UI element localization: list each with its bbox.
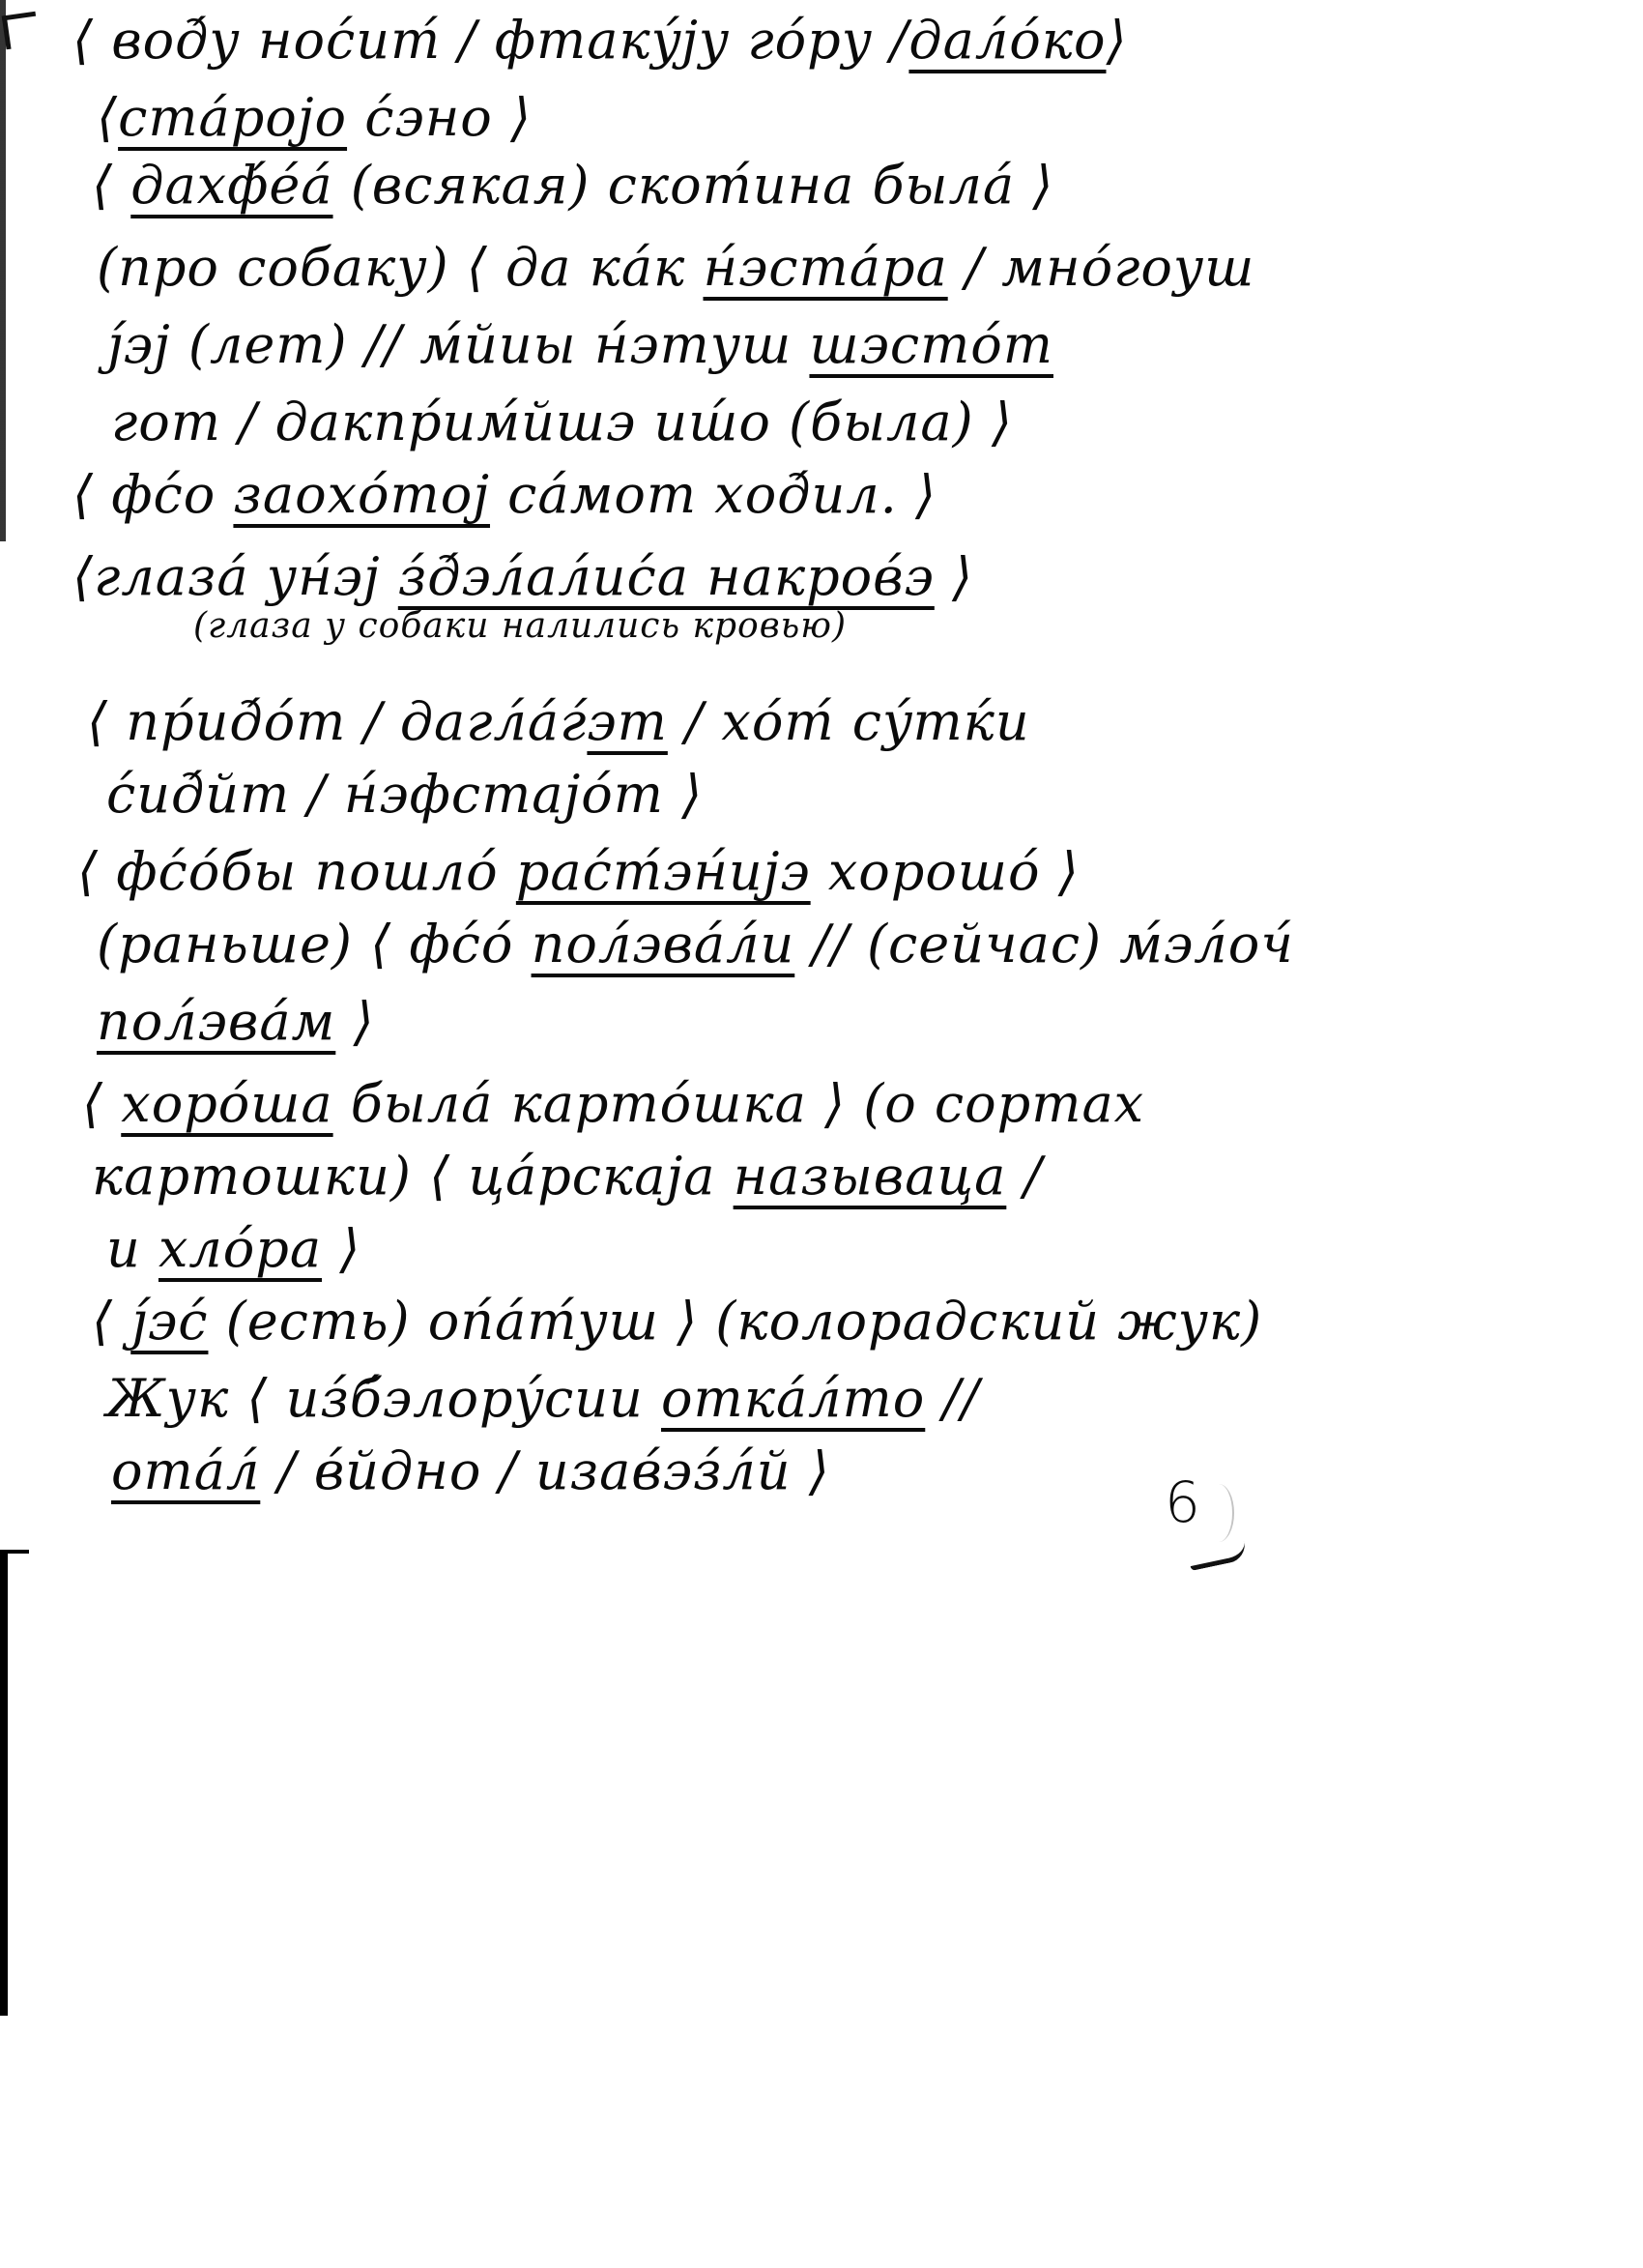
underlined-word: дахф́éá <box>130 155 332 216</box>
underlined-word: н́эстáра <box>703 237 947 298</box>
handwritten-line: пол́эвáм ⟩ <box>97 996 375 1048</box>
underlined-word: хорóша <box>121 1073 332 1134</box>
text-segment: (есть) оп́áт́уш ⟩ (колорадский жук) <box>208 1291 1262 1352</box>
handwritten-line: ⟨ вод́у нос́ит́ / фтакýју гóру /дал́óко⟩ <box>72 15 1128 67</box>
handwritten-line: картошки) ⟨ цáрскаја называца / <box>92 1150 1043 1203</box>
document-page: ⟨ вод́у нос́ит́ / фтакýју гóру /дал́óко⟩… <box>0 0 1643 2268</box>
text-segment: ⟨глазá ун́эј <box>72 546 398 607</box>
handwritten-line: ⟨стáројо с́эно ⟩ <box>97 92 532 144</box>
text-segment: ⟩ <box>335 991 374 1052</box>
underlined-word: шэстóт <box>809 314 1053 375</box>
text-segment: с́ид́йт / н́эфстајóт ⟩ <box>106 764 703 825</box>
text-segment: картошки) ⟨ цáрскаја <box>92 1146 734 1207</box>
underlined-word: дал́óко <box>908 10 1106 71</box>
handwritten-line: с́ид́йт / н́эфстајóт ⟩ <box>106 769 703 821</box>
handwritten-line: (раньше) ⟨ фс́ó пол́эвáл́и // (сейчас) м… <box>97 918 1294 971</box>
page-number: 6 <box>1165 1469 1200 1535</box>
text-segment: былá картóшка ⟩ (о сортах <box>333 1073 1144 1134</box>
text-segment: ⟩ <box>1107 10 1128 71</box>
text-segment: / <box>1006 1146 1042 1207</box>
text-segment: ⟨ пр́ид́óт / дагл́áѓ <box>87 691 587 752</box>
handwritten-line: ⟨ фс́о заохóтој сáмот ход́ил. ⟩ <box>72 469 937 521</box>
text-segment: // (сейчас) м́эл́оч́ <box>794 914 1294 974</box>
scan-edge-shadow <box>0 0 14 541</box>
text-segment: (глаза у собаки налились кровью) <box>193 606 847 646</box>
underlined-word: пол́эвáл́и <box>532 914 795 974</box>
scan-edge-bar <box>0 1552 8 2016</box>
text-segment: ј́эј (лет) // м́йиы н́этуш <box>106 314 809 375</box>
handwritten-line: ⟨глазá ун́эј з́д́эл́ал́ис́а накров́э ⟩ <box>72 551 973 603</box>
underlined-word: ј́эс́ <box>130 1291 208 1352</box>
underlined-word: пол́эвáм <box>97 991 335 1052</box>
text-segment: / хóт́ сýтќи <box>668 691 1030 752</box>
text-segment: ⟨ фс́о <box>72 464 233 525</box>
text-segment: ⟨ <box>82 1073 121 1134</box>
text-segment: (всякая) скот́ина былá ⟩ <box>333 155 1054 216</box>
text-segment: с́эно ⟩ <box>347 87 532 148</box>
handwritten-line: отáл́ / в́йдно / изав́эз́л́й ⟩ <box>111 1445 830 1497</box>
handwritten-line: ⟨ фс́óбы пошлó рас́т́эн́ијэ хорошó ⟩ <box>77 846 1080 898</box>
text-segment: / мнóгоуш <box>948 237 1255 298</box>
text-segment: ⟨ <box>92 155 130 216</box>
text-segment: // <box>925 1368 980 1429</box>
text-segment: (про собаку) ⟨ да кáк <box>97 237 703 298</box>
handwritten-line: ⟨ ј́эс́ (есть) оп́áт́уш ⟩ (колорадский ж… <box>92 1295 1262 1348</box>
handwritten-line: (глаза у собаки налились кровью) <box>193 609 847 644</box>
text-segment: Жук ⟨ из́б́элорýсии <box>106 1368 661 1429</box>
handwritten-line: гот / дакпр́им́йшэ иш́о (была) ⟩ <box>111 396 1013 449</box>
handwritten-line: ј́эј (лет) // м́йиы н́этуш шэстóт <box>106 319 1053 371</box>
pen-stroke-mark <box>1188 1541 1249 1571</box>
scan-edge-tick <box>0 1550 29 1554</box>
text-segment: ⟩ <box>322 1218 360 1279</box>
text-segment: ⟩ <box>935 546 973 607</box>
underlined-word: называца <box>734 1146 1007 1207</box>
underlined-word: стáројо <box>118 87 347 148</box>
underlined-word: рас́т́эн́ијэ <box>516 841 811 902</box>
corner-mark <box>2 12 41 50</box>
handwritten-line: и хлóра ⟩ <box>106 1223 360 1275</box>
text-segment: / в́йдно / изав́эз́л́й ⟩ <box>260 1440 830 1501</box>
handwritten-line: Жук ⟨ из́б́элорýсии откáл́то // <box>106 1373 980 1425</box>
text-segment: гот / дакпр́им́йшэ иш́о (была) ⟩ <box>111 392 1013 452</box>
underlined-word: з́д́эл́ал́ис́а накров́э <box>398 546 935 607</box>
handwritten-line: ⟨ пр́ид́óт / дагл́áѓэт / хóт́ сýтќи <box>87 696 1030 748</box>
underlined-word: отáл́ <box>111 1440 260 1501</box>
underlined-word: хлóра <box>159 1218 322 1279</box>
text-segment: хорошó ⟩ <box>811 841 1080 902</box>
text-segment: ⟨ <box>92 1291 130 1352</box>
text-segment: ⟨ фс́óбы пошлó <box>77 841 516 902</box>
underlined-word: эт <box>587 691 667 752</box>
underlined-word: заохóтој <box>233 464 490 525</box>
text-segment: сáмот ход́ил. ⟩ <box>490 464 937 525</box>
text-segment: (раньше) ⟨ фс́ó <box>97 914 532 974</box>
faint-bracket-mark <box>1203 1484 1234 1542</box>
handwritten-line: ⟨ дахф́éá (всякая) скот́ина былá ⟩ <box>92 160 1053 212</box>
text-segment: ⟨ вод́у нос́ит́ / фтакýју гóру / <box>72 10 908 71</box>
handwritten-line: (про собаку) ⟨ да кáк н́эстáра / мнóгоуш <box>97 242 1254 294</box>
text-segment: и <box>106 1218 159 1279</box>
text-segment: ⟨ <box>97 87 118 148</box>
underlined-word: откáл́то <box>661 1368 925 1429</box>
handwritten-line: ⟨ хорóша былá картóшка ⟩ (о сортах <box>82 1078 1144 1130</box>
